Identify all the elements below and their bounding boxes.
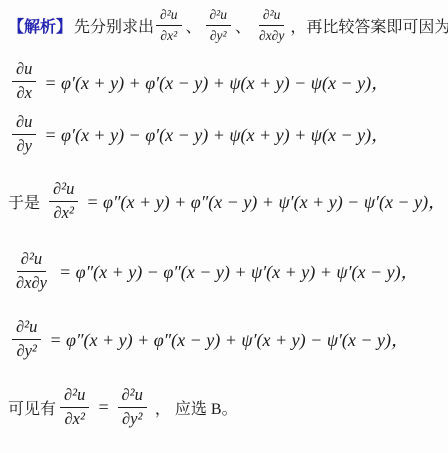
fraction-denominator: ∂x∂y — [255, 26, 288, 44]
fraction-du-dx: ∂u ∂x — [12, 60, 36, 103]
solution-document: 【解析】 先分别求出 ∂²u ∂x² 、 ∂²u ∂y² 、 ∂²u ∂x∂y … — [8, 7, 440, 429]
fraction-denominator: ∂y² — [118, 408, 146, 429]
conclusion-lead-text: 可见有 — [8, 396, 56, 419]
conclusion-line: 可见有 ∂²u ∂x² = ∂²u ∂y² ， 应选 B。 — [8, 386, 440, 429]
fraction-d2u-dx2: ∂²u ∂x² — [49, 180, 78, 223]
fraction-denominator: ∂y — [12, 135, 35, 156]
fraction-d2u-dy2: ∂²u ∂y² — [118, 386, 147, 429]
fraction-du-dy: ∂u ∂y — [12, 113, 36, 156]
fraction-numerator: ∂²u — [17, 250, 46, 272]
fraction-d2u-dy2: ∂²u ∂y² — [206, 7, 231, 43]
fraction-d2u-dxdy: ∂²u ∂x∂y — [12, 250, 51, 293]
intro-tail-text: ，再比较答案即可因为 — [290, 14, 448, 37]
fraction-numerator: ∂u — [12, 60, 36, 82]
fraction-numerator: ∂²u — [156, 7, 181, 26]
fraction-denominator: ∂y² — [12, 340, 40, 361]
equation-rhs: = φ″(x + y) − φ″(x − y) + ψ′(x + y) + ψ′… — [59, 258, 419, 284]
equation-d2u-dx2: 于是 ∂²u ∂x² = φ″(x + y) + φ″(x − y) + ψ′(… — [8, 180, 440, 223]
fraction-d2u-dx2: ∂²u ∂x² — [60, 386, 89, 429]
fraction-d2u-dx2: ∂²u ∂x² — [156, 7, 181, 43]
fraction-numerator: ∂²u — [49, 180, 78, 202]
fraction-denominator: ∂y² — [206, 26, 231, 44]
equation-d2u-dxdy: ∂²u ∂x∂y = φ″(x + y) − φ″(x − y) + ψ′(x … — [8, 250, 440, 293]
fraction-d2u-dxdy: ∂²u ∂x∂y — [255, 7, 288, 43]
fraction-numerator: ∂²u — [118, 386, 147, 408]
fraction-denominator: ∂x² — [49, 202, 77, 223]
fraction-denominator: ∂x — [12, 82, 35, 103]
equation-rhs: = φ″(x + y) + φ″(x − y) + ψ′(x + y) − ψ′… — [49, 326, 409, 352]
equation-rhs: = φ″(x + y) + φ″(x − y) + ψ′(x + y) − ψ′… — [86, 188, 446, 214]
fraction-numerator: ∂²u — [60, 386, 89, 408]
fraction-numerator: ∂²u — [206, 7, 231, 26]
fraction-numerator: ∂²u — [259, 7, 284, 26]
equation-du-dy: ∂u ∂y = φ′(x + y) − φ′(x − y) + ψ(x + y)… — [8, 113, 440, 156]
equation-d2u-dy2: ∂²u ∂y² = φ″(x + y) + φ″(x − y) + ψ′(x +… — [8, 318, 440, 361]
equation-du-dx: ∂u ∂x = φ′(x + y) + φ′(x − y) + ψ(x + y)… — [8, 60, 440, 103]
fraction-denominator: ∂x² — [60, 408, 88, 429]
conclusion-tail-text: ， 应选 B。 — [155, 396, 238, 419]
list-separator: 、 — [186, 14, 202, 37]
fraction-numerator: ∂u — [12, 113, 36, 135]
intro-lead-text: 先分别求出 — [74, 14, 154, 37]
analysis-label: 【解析】 — [8, 14, 72, 37]
equation-rhs: = φ′(x + y) − φ′(x − y) + ψ(x + y) + ψ(x… — [44, 121, 389, 147]
equals-sign: = — [97, 397, 109, 418]
intro-line: 【解析】 先分别求出 ∂²u ∂x² 、 ∂²u ∂y² 、 ∂²u ∂x∂y … — [8, 7, 440, 43]
fraction-d2u-dy2: ∂²u ∂y² — [12, 318, 41, 361]
fraction-denominator: ∂x∂y — [12, 272, 51, 293]
equation-prefix: 于是 — [8, 190, 40, 213]
fraction-denominator: ∂x² — [156, 26, 181, 44]
equation-rhs: = φ′(x + y) + φ′(x − y) + ψ(x + y) − ψ(x… — [44, 69, 389, 95]
list-separator: 、 — [235, 14, 251, 37]
fraction-numerator: ∂²u — [12, 318, 41, 340]
